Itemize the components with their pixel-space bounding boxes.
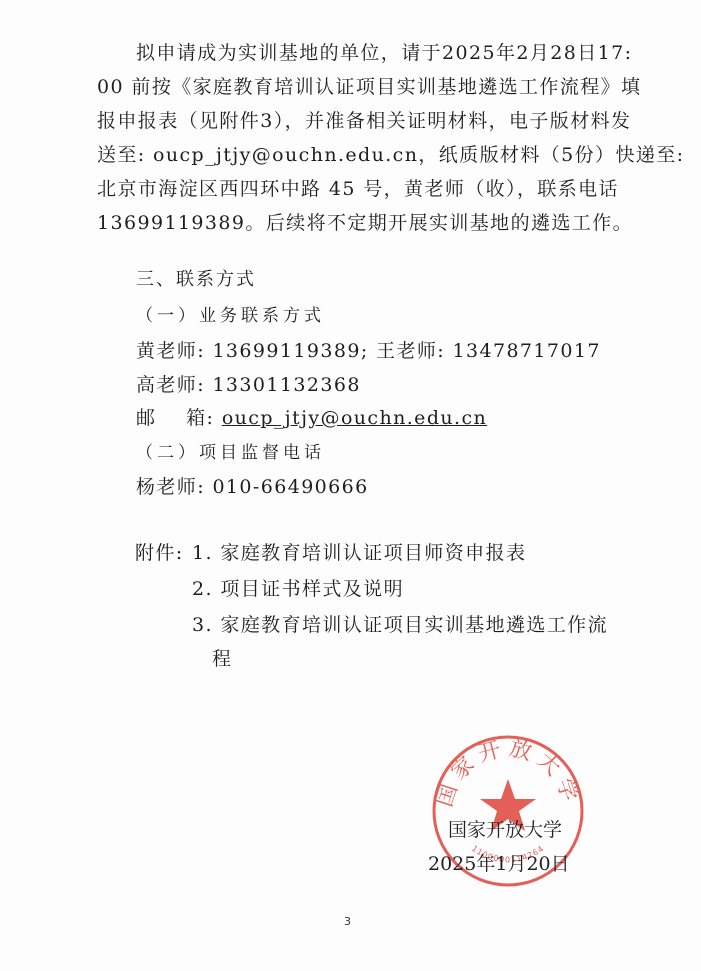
contact-line-gao: 高老师: 13301132368 [136,372,361,398]
attachment-item-3-continued: 程 [212,646,232,672]
document-page: 拟申请成为实训基地的单位，请于2025年2月28日17: 00 前按《家庭教育培… [0,0,701,971]
attachments-label: 附件: [135,540,184,566]
paragraph-line-2: 00 前按《家庭教育培训认证项目实训基地遴选工作流程》填 [97,74,641,100]
attachment-item-2: 2. 项目证书样式及说明 [192,576,404,602]
signature-date: 2025年1月20日 [428,852,570,876]
paragraph-line-5: 北京市海淀区西四环中路 45 号，黄老师（收），联系电话 [97,176,619,202]
contact-line-huang-wang: 黄老师: 13699119389; 王老师: 13478717017 [136,338,601,364]
signature-organization: 国家开放大学 [448,818,562,842]
contact-line-yang: 杨老师: 010-66490666 [136,474,369,500]
email-label: 邮 箱: [136,407,222,429]
paragraph-line-3: 报申报表（见附件3），并准备相关证明材料，电子版材料发 [97,108,631,134]
paragraph-line-4: 送至: oucp_jtjy@ouchn.edu.cn，纸质版材料（5份）快递至: [97,142,684,168]
subheading-business-contact: （一）业务联系方式 [136,303,325,329]
attachment-item-3: 3. 家庭教育培训认证项目实训基地遴选工作流 [192,612,608,638]
subheading-supervision: （二）项目监督电话 [136,440,325,466]
attachment-item-1: 1. 家庭教育培训认证项目师资申报表 [192,540,526,566]
paragraph-line-6: 13699119389。后续将不定期开展实训基地的遴选工作。 [97,210,633,236]
paragraph-line-1: 拟申请成为实训基地的单位，请于2025年2月28日17: [136,40,632,66]
section-heading-contact: 三、联系方式 [136,267,256,293]
email-link[interactable]: oucp_jtjy@ouchn.edu.cn [222,407,487,429]
contact-line-email: 邮 箱: oucp_jtjy@ouchn.edu.cn [136,405,487,431]
page-number: 3 [344,915,351,928]
